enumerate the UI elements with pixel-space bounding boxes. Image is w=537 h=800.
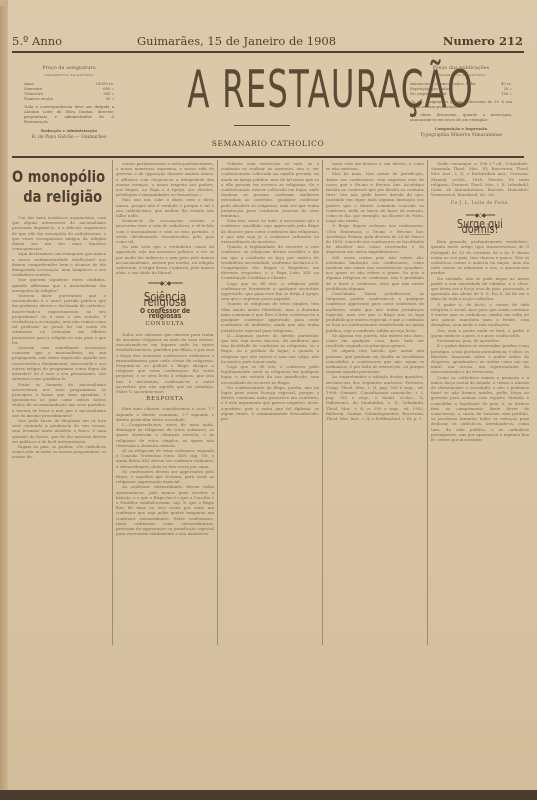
paragraph: Ao emprehender a solução destas questões…	[326, 374, 424, 421]
column-4: tanto está em desuso e, em direito, é co…	[326, 161, 424, 791]
ornament-divider: ━━━━ ◆◇◆ ━━━━	[116, 281, 214, 286]
discount-note: Os srs. assignantes gosam o desconto de …	[410, 99, 512, 109]
paragraph: II.—Algumas partes do direito particular…	[221, 333, 319, 364]
office-address: R. de Payo Galvão — Guimarães	[24, 135, 114, 140]
price-label: Numero avulso	[24, 96, 53, 101]
paragraph: A) As religiosas de votos solemnes, segu…	[116, 448, 214, 469]
subscription-box: Preço da assignatura (PAGAMENTO ADIANTAD…	[24, 66, 114, 140]
press-label: Composição e Impressão	[410, 126, 512, 131]
column-divider	[322, 160, 323, 645]
publications-subtitle: (PAGAMENTO ADIANTADO)	[410, 73, 512, 78]
publications-title: Preço das publicações	[410, 66, 512, 71]
paragraph: Querem com semelhante accusação censurar…	[12, 345, 106, 381]
paragraph: Mas ha mais. Nas cartas de jurisdicção, …	[326, 171, 424, 223]
paragraph: O padre é, de facto, o centro de vida re…	[431, 302, 529, 328]
paragraph: Estão os homens do nacionalismo inscreve…	[12, 382, 106, 418]
price-row: No corpo do jornal100 »	[410, 91, 512, 96]
paragraph: Na verdade, não se pode negar ao nosso p…	[431, 276, 529, 302]
header-rule	[12, 51, 524, 53]
paragraph: Se alguns tem havido que assim não pensa…	[326, 348, 424, 374]
paragraph: Gaide canonique, n. 198 3.ª ed.; D'Annib…	[431, 161, 529, 197]
article-headline: Surge qui dormis!	[441, 222, 519, 232]
paragraph: Os confessores devem ser approvados pelo…	[116, 469, 214, 485]
paragraph: Mas não nos cabe o dizer, nem o dirão nu…	[116, 197, 214, 218]
article-headline-line2: da religião	[12, 187, 102, 207]
literary-note: As obras litterarias, quando o merecçam,…	[410, 112, 512, 122]
subscription-note: Toda a correspondencia deve ser dirigida…	[24, 104, 114, 124]
consulta-heading: CONSULTA	[116, 322, 214, 327]
press-name: Typographia Minerva Vimaranense	[410, 133, 512, 138]
newspaper-title: A RESTAURAÇÃO	[187, 62, 348, 118]
paragraph: Querem dizer porventura que o nacionalis…	[12, 293, 106, 345]
column-3: Todavia esta restricção só vale, se a co…	[221, 161, 319, 791]
paragraph: Que pode haver de illegitimo em cá fora …	[12, 418, 106, 444]
author-signature: P.e J. L. Leite de Faria.	[431, 201, 529, 206]
paragraph: Quanto ás religiosas de votos simples, t…	[221, 301, 319, 332]
paragraph: Logo que se dê isto, a religiosa póde co…	[221, 281, 319, 302]
paragraph: Ora, sem o padre nada se fará; o padre é…	[431, 328, 529, 338]
column-divider	[112, 160, 113, 645]
paragraph: Ao confessor extraordinario devem todas …	[116, 484, 214, 536]
paragraph: Todos nós sabemos que existem para trata…	[116, 332, 214, 394]
title-rule	[234, 125, 290, 126]
paragraph: Todavia esta restricção só vale, se a co…	[221, 161, 319, 218]
issue-number: Numero 212	[443, 34, 523, 48]
year-label: 5.º Anno	[12, 34, 62, 48]
paragraph: Deixem-se de accusações ociosas, e procu…	[116, 218, 214, 244]
paragraph: Digam ao paiz, se podem: «Os catholicos …	[12, 444, 106, 460]
article-headline: O monopólio	[12, 167, 89, 187]
subscription-subtitle: (PAGAMENTO ADIANTADO)	[24, 73, 114, 78]
paragraph: I.—Comprenda-nos, antes de mais nada, di…	[116, 422, 214, 448]
paragraph: Logo que se dê isto, o confessor póde le…	[221, 364, 319, 385]
paragraph: Concluindo. Nesta archidiocese, as relig…	[326, 291, 424, 333]
paragraph: Bem pensado, profundamente verdadeiro, q…	[431, 239, 529, 275]
paragraph: Ou não será que a verdadeira causa da op…	[116, 244, 214, 275]
scan-bottom-edge	[0, 790, 537, 800]
newspaper-subtitle: SEMANARIO CATHOLICO	[168, 139, 368, 148]
paragraph: É o padre deixou-se encurralar, perdeu o…	[431, 343, 529, 374]
page-edge	[0, 0, 8, 800]
masthead-bottom-rule	[12, 156, 524, 158]
paragraph: Sob essas cartas pois não existe ahi, ne…	[326, 255, 424, 291]
article-subtitle: O confessor de religiosas	[123, 309, 206, 319]
paragraph: Quanto á legitimidade de recorrer a este…	[221, 244, 319, 280]
paragraph: Como os catholicos somos a primeira e a …	[431, 375, 529, 443]
column-2: cursos parlamentares e extra-parlamentar…	[116, 161, 214, 791]
column-divider	[427, 160, 428, 645]
price-row: Numero avulso30 »	[24, 96, 114, 101]
price-value: 30 »	[106, 96, 114, 101]
paragraph: cursos parlamentares e extra-parlamentar…	[116, 161, 214, 197]
paragraph: Para isto, antes de tudo, é necessario q…	[221, 218, 319, 244]
column-1: O monopólio da religião Um dos mais insi…	[12, 161, 106, 671]
paragraph: Que querem significar esses cândidos, qu…	[12, 277, 106, 293]
paragraph: Se alguma vez, porém, não estiver isto c…	[326, 333, 424, 349]
paragraph: O Bispo depois ordenou aos confessores: …	[326, 223, 424, 254]
paragraph: Um dos mais insidiosos argumentos, com q…	[12, 215, 106, 251]
publications-box: Preço das publicações (PAGAMENTO ADIANTA…	[410, 66, 512, 138]
paragraph: Para mais clareza, consideremos o caso: …	[116, 406, 214, 422]
price-value: 100 »	[501, 91, 512, 96]
paragraph: Aqui declaramos com franqueza que nunca …	[12, 251, 106, 277]
office-label: Redacção e Administração	[24, 128, 114, 133]
resposta-heading: RESPOSTA	[116, 397, 214, 402]
price-label: No corpo do jornal	[410, 91, 446, 96]
column-5: Gaide canonique, n. 198 3.ª ed.; D'Annib…	[431, 161, 529, 791]
column-divider	[217, 160, 218, 645]
paragraph: No confessionario do Bispo, porém, não h…	[221, 385, 319, 421]
subscription-title: Preço da assignatura	[24, 66, 114, 71]
section-title: Sciência religiosa	[123, 295, 206, 305]
paragraph: tanto está em desuso e, em direito, é co…	[326, 161, 424, 171]
dateline: Guimarães, 15 de Janeiro de 1908	[137, 34, 336, 48]
